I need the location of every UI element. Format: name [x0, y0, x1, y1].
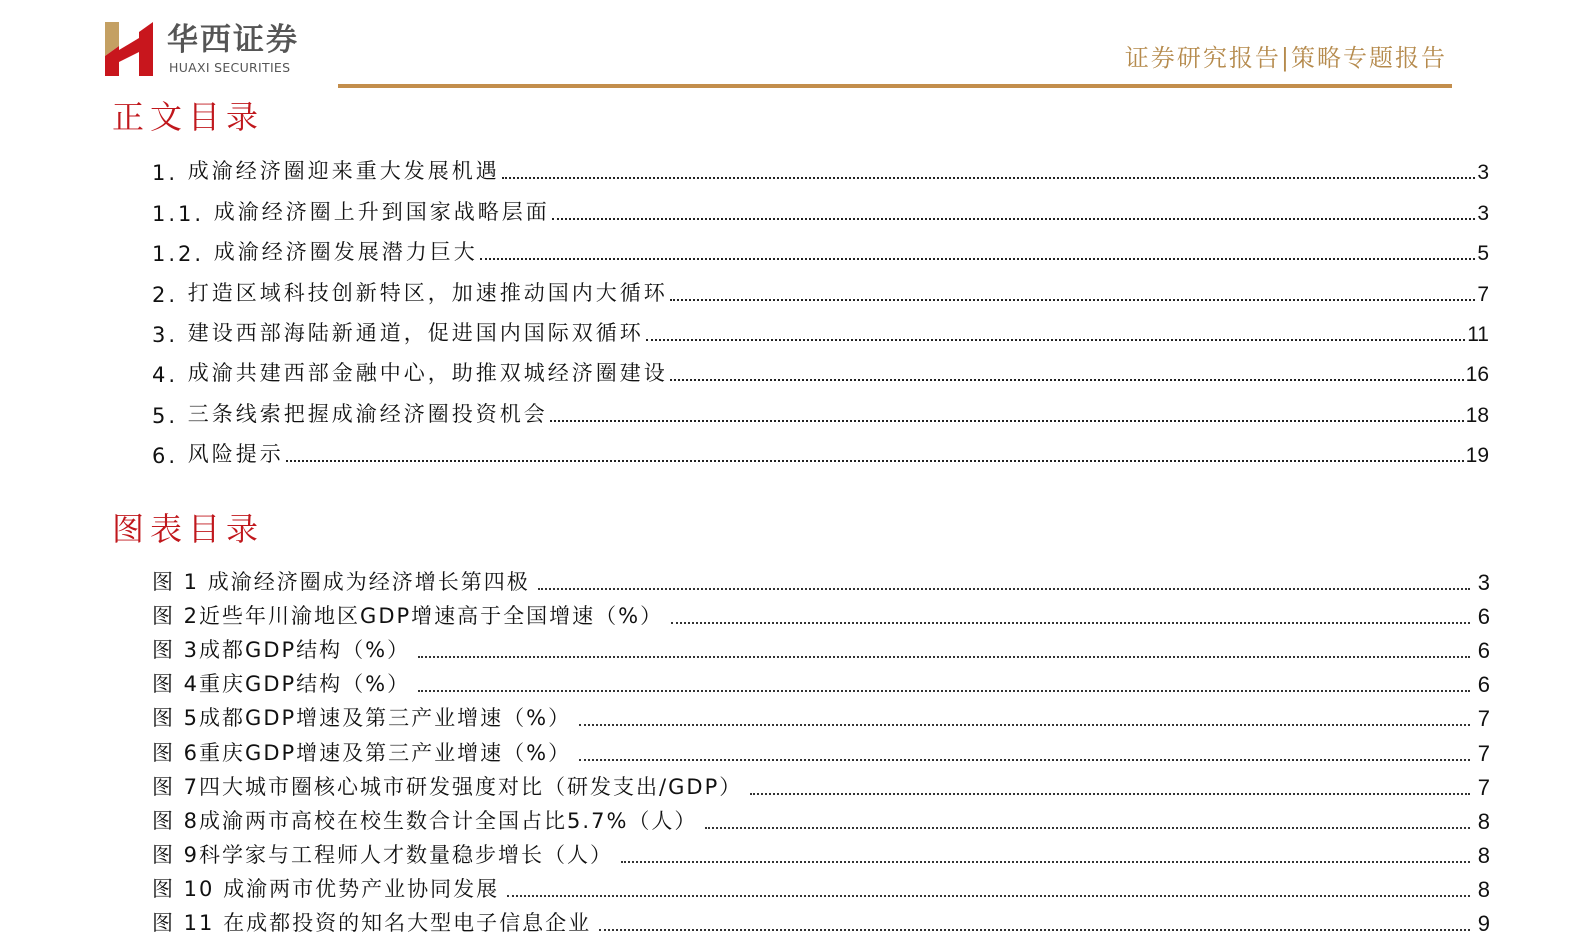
- toc-entry-label: 成渝共建西部金融中心，助推双城经济圈建设: [188, 357, 668, 387]
- figure-entry-number: 图 4: [152, 668, 199, 698]
- toc-entry-number: 1.2.: [152, 242, 214, 266]
- figure-entry-label: 成都GDP增速及第三产业增速（%）: [199, 702, 571, 732]
- toc-entry-label: 三条线索把握成渝经济圈投资机会: [188, 398, 548, 428]
- toc-entry-label: 建设西部海陆新通道，促进国内国际双循环: [188, 317, 644, 347]
- toc-entry-number: 1.1.: [152, 202, 214, 226]
- figure-entry-label: 近些年川渝地区GDP增速高于全国增速（%）: [199, 600, 663, 630]
- logo-chinese-name: 华西证券: [167, 22, 299, 58]
- toc-entry[interactable]: 2. 打造区域科技创新特区，加速推动国内大循环 7: [152, 266, 1489, 306]
- toc-entry-number: 4.: [152, 363, 188, 387]
- dot-leader: [502, 176, 1476, 179]
- figure-toc-title: 图表目录: [112, 504, 264, 550]
- figure-entry-page: 8: [1478, 877, 1490, 903]
- toc-entry-page: 16: [1466, 363, 1489, 387]
- toc-entry[interactable]: 5. 三条线索把握成渝经济圈投资机会 18: [152, 387, 1489, 427]
- dot-leader: [599, 928, 1470, 931]
- toc-entry-page: 7: [1477, 283, 1489, 307]
- dot-leader: [670, 378, 1464, 381]
- dot-leader: [705, 826, 1469, 829]
- toc-entry-label: 打造区域科技创新特区，加速推动国内大循环: [188, 277, 668, 307]
- figure-entry-number: 图 11: [152, 907, 223, 937]
- toc-entry-page: 18: [1466, 404, 1489, 428]
- figure-entry[interactable]: 图 3 成都GDP结构（%） 6: [152, 630, 1490, 664]
- figure-entry[interactable]: 图 1 成渝经济圈成为经济增长第四极 3: [152, 562, 1490, 596]
- toc-entry[interactable]: 4. 成渝共建西部金融中心，助推双城经济圈建设 16: [152, 347, 1489, 387]
- toc-entry[interactable]: 1.1. 成渝经济圈上升到国家战略层面 3: [152, 185, 1489, 225]
- dot-leader: [646, 338, 1465, 341]
- figure-entry-number: 图 8: [152, 805, 199, 835]
- toc-entry[interactable]: 1.2. 成渝经济圈发展潜力巨大 5: [152, 226, 1489, 266]
- figure-entry-page: 8: [1478, 843, 1490, 869]
- toc-entry-page: 3: [1477, 202, 1489, 226]
- figure-entry-page: 8: [1478, 809, 1490, 835]
- toc-entry-label: 成渝经济圈迎来重大发展机遇: [188, 155, 500, 185]
- toc-entry-page: 19: [1466, 444, 1489, 468]
- figure-entry-number: 图 7: [152, 771, 199, 801]
- figure-entry-label: 重庆GDP增速及第三产业增速（%）: [199, 737, 571, 767]
- main-toc-list: 1. 成渝经济圈迎来重大发展机遇 3 1.1. 成渝经济圈上升到国家战略层面 3…: [152, 145, 1489, 468]
- figure-entry-number: 图 2: [152, 600, 199, 630]
- figure-entry-number: 图 9: [152, 839, 199, 869]
- dot-leader: [418, 655, 1470, 658]
- figure-entry-page: 6: [1478, 638, 1490, 664]
- figure-entry-label: 成都GDP结构（%）: [199, 634, 410, 664]
- figure-entry-label: 成渝经济圈成为经济增长第四极: [208, 566, 530, 596]
- main-toc-title: 正文目录: [112, 92, 264, 138]
- header-divider: [338, 84, 1452, 88]
- figure-entry-label: 重庆GDP结构（%）: [199, 668, 410, 698]
- dot-leader: [750, 792, 1470, 795]
- huaxi-securities-logo: 华西证券 HUAXI SECURITIES: [103, 22, 313, 80]
- figure-entry[interactable]: 图 9 科学家与工程师人才数量稳步增长（人） 8: [152, 835, 1490, 869]
- toc-entry-label: 风险提示: [188, 438, 284, 468]
- figure-entry-label: 成渝两市优势产业协同发展: [223, 873, 499, 903]
- dot-leader: [480, 257, 1476, 260]
- figure-entry-label: 在成都投资的知名大型电子信息企业: [223, 907, 591, 937]
- logo-english-name: HUAXI SECURITIES: [169, 60, 290, 75]
- toc-entry[interactable]: 1. 成渝经济圈迎来重大发展机遇 3: [152, 145, 1489, 185]
- figure-entry[interactable]: 图 11 在成都投资的知名大型电子信息企业 9: [152, 903, 1490, 937]
- dot-leader: [538, 587, 1470, 590]
- toc-entry[interactable]: 6. 风险提示 19: [152, 428, 1489, 468]
- figure-entry-page: 6: [1478, 672, 1490, 698]
- dot-leader: [670, 298, 1476, 301]
- dot-leader: [579, 758, 1470, 761]
- toc-entry-page: 5: [1477, 242, 1489, 266]
- figure-entry[interactable]: 图 5 成都GDP增速及第三产业增速（%） 7: [152, 698, 1490, 732]
- dot-leader: [671, 621, 1470, 624]
- figure-toc-list: 图 1 成渝经济圈成为经济增长第四极 3 图 2 近些年川渝地区GDP增速高于全…: [152, 562, 1490, 937]
- dot-leader: [552, 217, 1476, 220]
- figure-entry-number: 图 3: [152, 634, 199, 664]
- dot-leader: [286, 459, 1464, 462]
- figure-entry[interactable]: 图 10 成渝两市优势产业协同发展 8: [152, 869, 1490, 903]
- figure-entry-page: 7: [1478, 741, 1490, 767]
- report-type-label: 证券研究报告|策略专题报告: [1125, 38, 1447, 73]
- figure-entry-label: 科学家与工程师人才数量稳步增长（人）: [199, 839, 613, 869]
- figure-entry-page: 6: [1478, 604, 1490, 630]
- dot-leader: [507, 894, 1470, 897]
- dot-leader: [621, 860, 1470, 863]
- figure-entry-page: 9: [1478, 911, 1490, 937]
- figure-entry[interactable]: 图 8 成渝两市高校在校生数合计全国占比5.7%（人） 8: [152, 801, 1490, 835]
- figure-entry-number: 图 1: [152, 566, 208, 596]
- toc-entry-label: 成渝经济圈上升到国家战略层面: [214, 196, 550, 226]
- huaxi-logo-icon: [103, 22, 155, 76]
- dot-leader: [579, 723, 1470, 726]
- figure-entry-number: 图 5: [152, 702, 199, 732]
- dot-leader: [550, 419, 1464, 422]
- toc-entry[interactable]: 3. 建设西部海陆新通道，促进国内国际双循环 11: [152, 307, 1489, 347]
- dot-leader: [418, 689, 1470, 692]
- toc-entry-label: 成渝经济圈发展潜力巨大: [214, 236, 478, 266]
- figure-entry[interactable]: 图 4 重庆GDP结构（%） 6: [152, 664, 1490, 698]
- toc-entry-number: 3.: [152, 323, 188, 347]
- toc-entry-number: 5.: [152, 404, 188, 428]
- toc-entry-page: 11: [1467, 323, 1489, 347]
- figure-entry-page: 7: [1478, 706, 1490, 732]
- figure-entry-label: 成渝两市高校在校生数合计全国占比5.7%（人）: [199, 805, 697, 835]
- figure-entry-page: 7: [1478, 775, 1490, 801]
- toc-entry-number: 6.: [152, 444, 188, 468]
- figure-entry-page: 3: [1478, 570, 1490, 596]
- figure-entry-number: 图 6: [152, 737, 199, 767]
- toc-entry-number: 2.: [152, 283, 188, 307]
- toc-entry-number: 1.: [152, 161, 188, 185]
- figure-entry[interactable]: 图 2 近些年川渝地区GDP增速高于全国增速（%） 6: [152, 596, 1490, 630]
- toc-entry-page: 3: [1477, 161, 1489, 185]
- figure-entry-number: 图 10: [152, 873, 223, 903]
- figure-entry-label: 四大城市圈核心城市研发强度对比（研发支出/GDP）: [199, 771, 742, 801]
- figure-entry[interactable]: 图 7 四大城市圈核心城市研发强度对比（研发支出/GDP） 7: [152, 767, 1490, 801]
- figure-entry[interactable]: 图 6 重庆GDP增速及第三产业增速（%） 7: [152, 732, 1490, 766]
